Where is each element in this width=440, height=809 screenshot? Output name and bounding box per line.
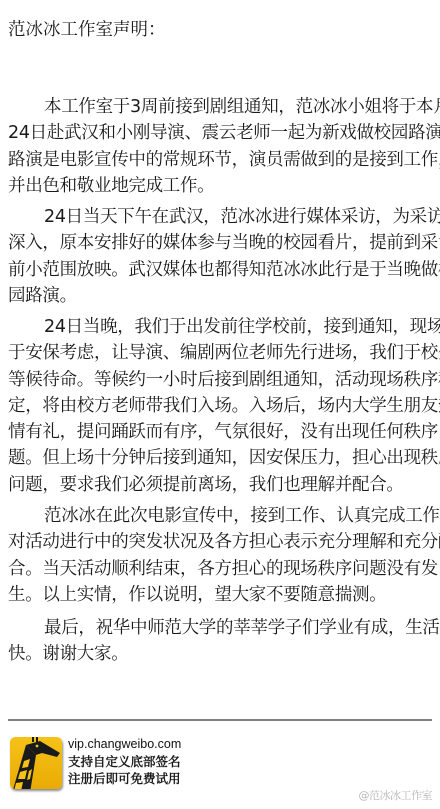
text-line: 24日当晚，我们于出发前往学校前，接到通知，现场出 bbox=[8, 314, 432, 340]
giraffe-logo-icon bbox=[10, 737, 62, 789]
paragraph-3: 24日当晚，我们于出发前往学校前，接到通知，现场出 于安保考虑，让导演、编剧两位… bbox=[8, 314, 432, 498]
text-line: 等候待命。等候约一小时后接到剧组通知，活动现场秩序稳 bbox=[8, 367, 432, 393]
footer-separator bbox=[8, 719, 432, 721]
paragraph-1: 本工作室于3周前接到剧组通知，范冰冰小姐将于本月 24日赴武汉和小刚导演、震云老… bbox=[8, 94, 432, 199]
ad-tagline-1: 支持自定义底部签名 bbox=[68, 753, 181, 770]
text-line: 问题，要求我们必须提前离场，我们也理解并配合。 bbox=[8, 472, 432, 498]
text-line: 前小范围放映。武汉媒体也都得知范冰冰此行是于当晚做校 bbox=[8, 257, 432, 283]
ad-text-block: vip.changweibo.com 支持自定义底部签名 注册后即可免费试用 bbox=[68, 736, 181, 787]
statement-title: 范冰冰工作室声明： bbox=[8, 17, 166, 43]
text-line: 定，将由校方老师带我们入场。入场后，场内大学生朋友热 bbox=[8, 393, 432, 419]
paragraph-2: 24日当天下午在武汉，范冰冰进行媒体采访，为采访 深入，原本安排好的媒体参与当晚… bbox=[8, 204, 432, 309]
ad-tagline-2: 注册后即可免费试用 bbox=[68, 770, 181, 787]
text-line: 于安保考虑，让导演、编剧两位老师先行进场，我们于校外 bbox=[8, 340, 432, 366]
ad-url-link[interactable]: vip.changweibo.com bbox=[68, 736, 181, 753]
text-line: 深入，原本安排好的媒体参与当晚的校园看片，提前到采访 bbox=[8, 230, 432, 256]
text-line: 题。但上场十分钟后接到通知，因安保压力，担心出现秩序 bbox=[8, 445, 432, 471]
text-line: 本工作室于3周前接到剧组通知，范冰冰小姐将于本月 bbox=[8, 94, 432, 120]
text-line: 合。当天活动顺利结束，各方担心的现场秩序问题没有发 bbox=[8, 556, 432, 582]
text-line: 对活动进行中的突发状况及各方担心表示充分理解和充分配 bbox=[8, 529, 432, 555]
text-line: 最后，祝华中师范大学的莘莘学子们学业有成，生活愉 bbox=[8, 615, 432, 641]
text-line: 情有礼，提问踊跃而有序，气氛很好，没有出现任何秩序问 bbox=[8, 419, 432, 445]
text-line: 生。以上实情，作以说明，望大家不要随意揣测。 bbox=[8, 582, 432, 608]
text-line: 24日当天下午在武汉，范冰冰进行媒体采访，为采访 bbox=[8, 204, 432, 230]
paragraph-4: 范冰冰在此次电影宣传中，接到工作、认真完成工作， 对活动进行中的突发状况及各方担… bbox=[8, 503, 432, 608]
footer-signature-ad[interactable]: vip.changweibo.com 支持自定义底部签名 注册后即可免费试用 bbox=[10, 731, 210, 791]
text-line: 24日赴武汉和小刚导演、震云老师一起为新戏做校园路演。 bbox=[8, 120, 432, 146]
text-line: 园路演。 bbox=[8, 283, 432, 309]
text-line: 范冰冰在此次电影宣传中，接到工作、认真完成工作， bbox=[8, 503, 432, 529]
text-line: 路演是电影宣传中的常规环节，演员需做到的是接到工作， bbox=[8, 147, 432, 173]
paragraph-5: 最后，祝华中师范大学的莘莘学子们学业有成，生活愉 快。谢谢大家。 bbox=[8, 615, 432, 668]
weibo-watermark: @范冰冰工作室 bbox=[359, 788, 433, 804]
text-line: 并出色和敬业地完成工作。 bbox=[8, 173, 432, 199]
text-line: 快。谢谢大家。 bbox=[8, 641, 432, 667]
